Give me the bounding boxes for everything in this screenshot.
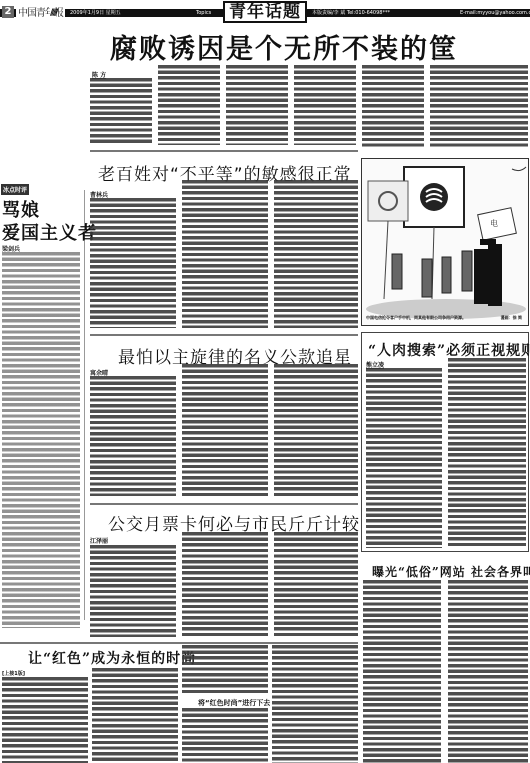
section-divider (90, 503, 358, 505)
main-article-column-4 (294, 65, 356, 145)
bus-pass-column-1 (90, 545, 176, 637)
article-byline-red-fashion: [上接1版] (2, 670, 25, 677)
red-fashion-column-3b (182, 708, 268, 763)
sidebar-tag: 冰点时评 (1, 184, 29, 195)
vulgar-sites-column-2 (448, 580, 528, 763)
article-headline-vulgar-sites: 曝光“低俗”网站 社会各界叫好 (372, 563, 530, 580)
main-article-column-1 (90, 78, 152, 145)
red-fashion-column-4 (272, 645, 358, 763)
main-article-column-3 (226, 65, 288, 145)
inequality-column-1 (90, 198, 176, 328)
main-article-column-5 (362, 65, 424, 147)
section-divider (90, 334, 358, 336)
cartoon-illustration-icon: 电 (362, 159, 529, 326)
red-fashion-column-3a (182, 645, 268, 693)
main-article-column-2 (158, 65, 220, 145)
issue-date: 2009年1月9日 星期五 (70, 9, 121, 17)
bus-pass-column-3 (274, 532, 358, 637)
svg-text:电: 电 (490, 218, 498, 228)
article-byline-bus-pass: 江泽丽 (90, 536, 108, 545)
article-headline-human-flesh: “人肉搜索”必须正视规则的力量 (368, 340, 530, 360)
paper-logo: 中国青年报 (16, 4, 65, 19)
masthead: 2 中国青年报 ///// 2009年1月9日 星期五 Topics 青年话题 … (0, 0, 530, 24)
sidebar-article-text (2, 252, 80, 628)
celebrity-column-2 (182, 364, 268, 496)
red-fashion-column-2 (92, 668, 178, 763)
vulgar-sites-column-1 (363, 580, 441, 763)
celebrity-column-1 (90, 376, 176, 496)
main-article-column-6 (430, 65, 528, 147)
topics-label: Topics (196, 9, 211, 17)
sidebar-title-line2: 爱国主义者 (2, 219, 97, 245)
human-flesh-column-1 (366, 368, 442, 548)
editorial-cartoon: 电 中国电信抢夺客户手中机，同其他有限公司争用户资源。 漫画：徐 简 (361, 158, 529, 326)
article-headline-red-fashion: 让“红色”成为永恒的时尚 (28, 648, 196, 668)
cartoon-caption: 中国电信抢夺客户手中机，同其他有限公司争用户资源。 (366, 315, 466, 321)
sidebar-divider (84, 190, 85, 620)
decorative-slashes: ///// (50, 8, 56, 18)
page-number: 2 (2, 6, 14, 18)
human-flesh-column-2 (448, 358, 526, 548)
contact-email[interactable]: E-mail:myyou@yahoo.com.cn (460, 9, 530, 17)
inequality-column-3 (274, 180, 358, 328)
cartoon-credit: 漫画：徐 简 (501, 315, 522, 321)
bus-pass-column-2 (182, 532, 268, 637)
section-divider (90, 150, 358, 152)
celebrity-column-3 (274, 364, 358, 496)
red-fashion-column-1 (2, 677, 88, 763)
editor-info: 本版责编/李 斌 Tel:010-64098*** (312, 9, 390, 17)
section-divider (0, 642, 358, 644)
inequality-column-2 (182, 180, 268, 328)
section-title: 青年话题 (223, 1, 307, 23)
main-headline: 腐败诱因是个无所不装的筐 (110, 27, 420, 66)
red-fashion-subhead: 将“红色时尚”进行下去 (198, 698, 270, 708)
